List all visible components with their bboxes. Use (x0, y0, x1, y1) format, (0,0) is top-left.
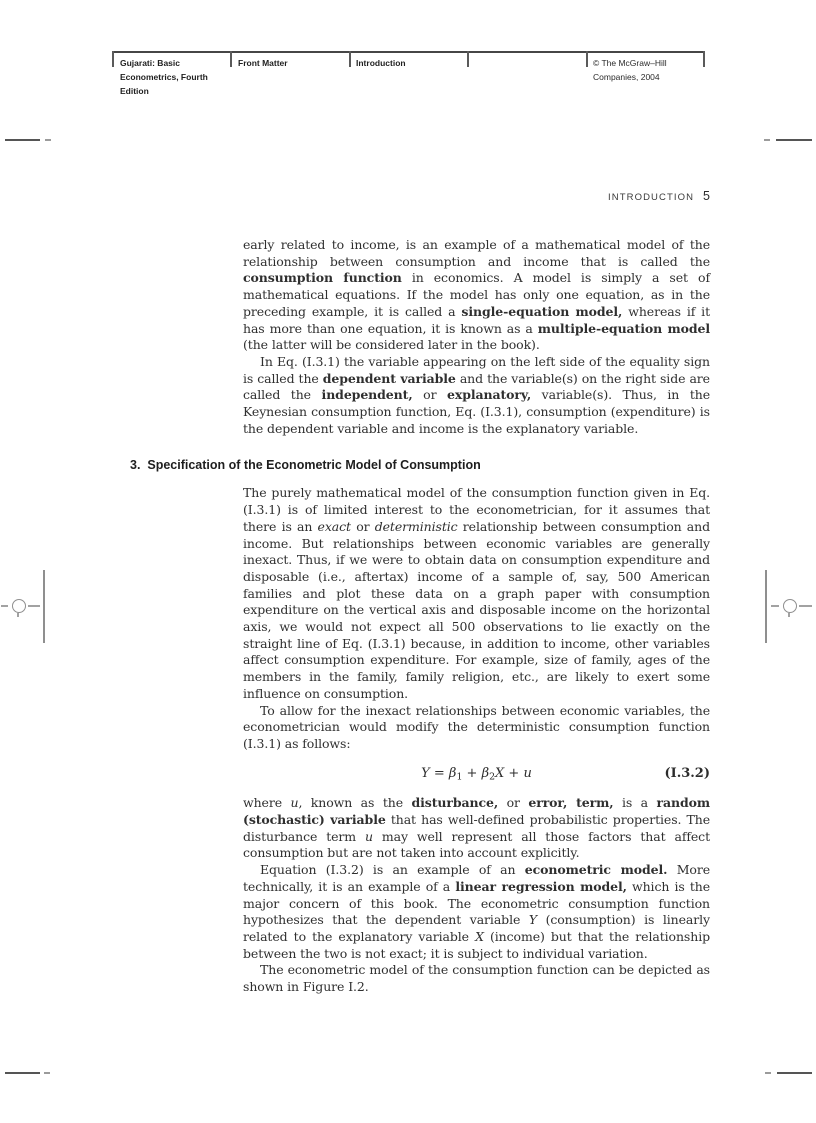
crop-dash-bottom-left (44, 1072, 50, 1074)
paragraph-econometric-model: Equation (I.3.2) is an example of an eco… (243, 862, 710, 962)
running-head-label: INTRODUCTION (608, 192, 694, 203)
crop-dash-top-left (45, 139, 51, 141)
equation-body: Y = β1 + β2X + u (421, 766, 532, 781)
header-chapter-introduction: Introduction (356, 56, 454, 70)
header-column-tick (703, 51, 705, 67)
header-column-tick (467, 51, 469, 67)
registration-dash-left-outer (1, 605, 8, 607)
registration-tick-right (788, 613, 790, 617)
equation-block: Y = β1 + β2X + u (I.3.2) (243, 766, 710, 783)
paragraph-figure-reference: The econometric model of the consumption… (243, 962, 710, 995)
header-column-tick (349, 51, 351, 67)
crop-mark-bottom-left (5, 1072, 40, 1074)
header-copyright: © The McGraw–Hill Companies, 2004 (593, 56, 691, 84)
header-column-tick (230, 51, 232, 67)
registration-target-right-icon (783, 599, 797, 613)
header-column-tick (586, 51, 588, 67)
registration-target-left-icon (12, 599, 26, 613)
registration-dash-right-inner (771, 605, 779, 607)
page-body: early related to income, is an example o… (130, 237, 711, 996)
paragraph-purely-mathematical: The purely mathematical model of the con… (243, 485, 710, 702)
crop-mark-bottom-right (777, 1072, 812, 1074)
page-number: 5 (703, 189, 710, 203)
registration-dash-right-outer (799, 605, 812, 607)
book-page: Gujarati: Basic Econometrics, Fourth Edi… (0, 0, 816, 1123)
header-column-tick (112, 51, 114, 67)
paragraph-to-allow-inexact: To allow for the inexact relationships b… (243, 703, 710, 753)
header-book-title: Gujarati: Basic Econometrics, Fourth Edi… (120, 56, 218, 98)
crop-dash-top-right (764, 139, 770, 141)
registration-tick-left (17, 613, 19, 617)
crop-mark-top-left (5, 139, 40, 141)
registration-line-left (43, 570, 45, 643)
registration-line-right (765, 570, 767, 643)
paragraph-consumption-function: early related to income, is an example o… (243, 237, 710, 354)
paragraph-dependent-variable: In Eq. (I.3.1) the variable appearing on… (243, 354, 710, 438)
running-head: INTRODUCTION 5 (608, 189, 710, 203)
header-section-front-matter: Front Matter (238, 56, 336, 70)
crop-dash-bottom-right (765, 1072, 771, 1074)
equation-number: (I.3.2) (664, 766, 710, 781)
header-rule (112, 51, 704, 53)
crop-mark-top-right (776, 139, 812, 141)
registration-dash-left-inner (28, 605, 40, 607)
paragraph-disturbance-term: where u, known as the disturbance, or er… (243, 795, 710, 862)
section-heading: 3. Specification of the Econometric Mode… (130, 458, 711, 472)
